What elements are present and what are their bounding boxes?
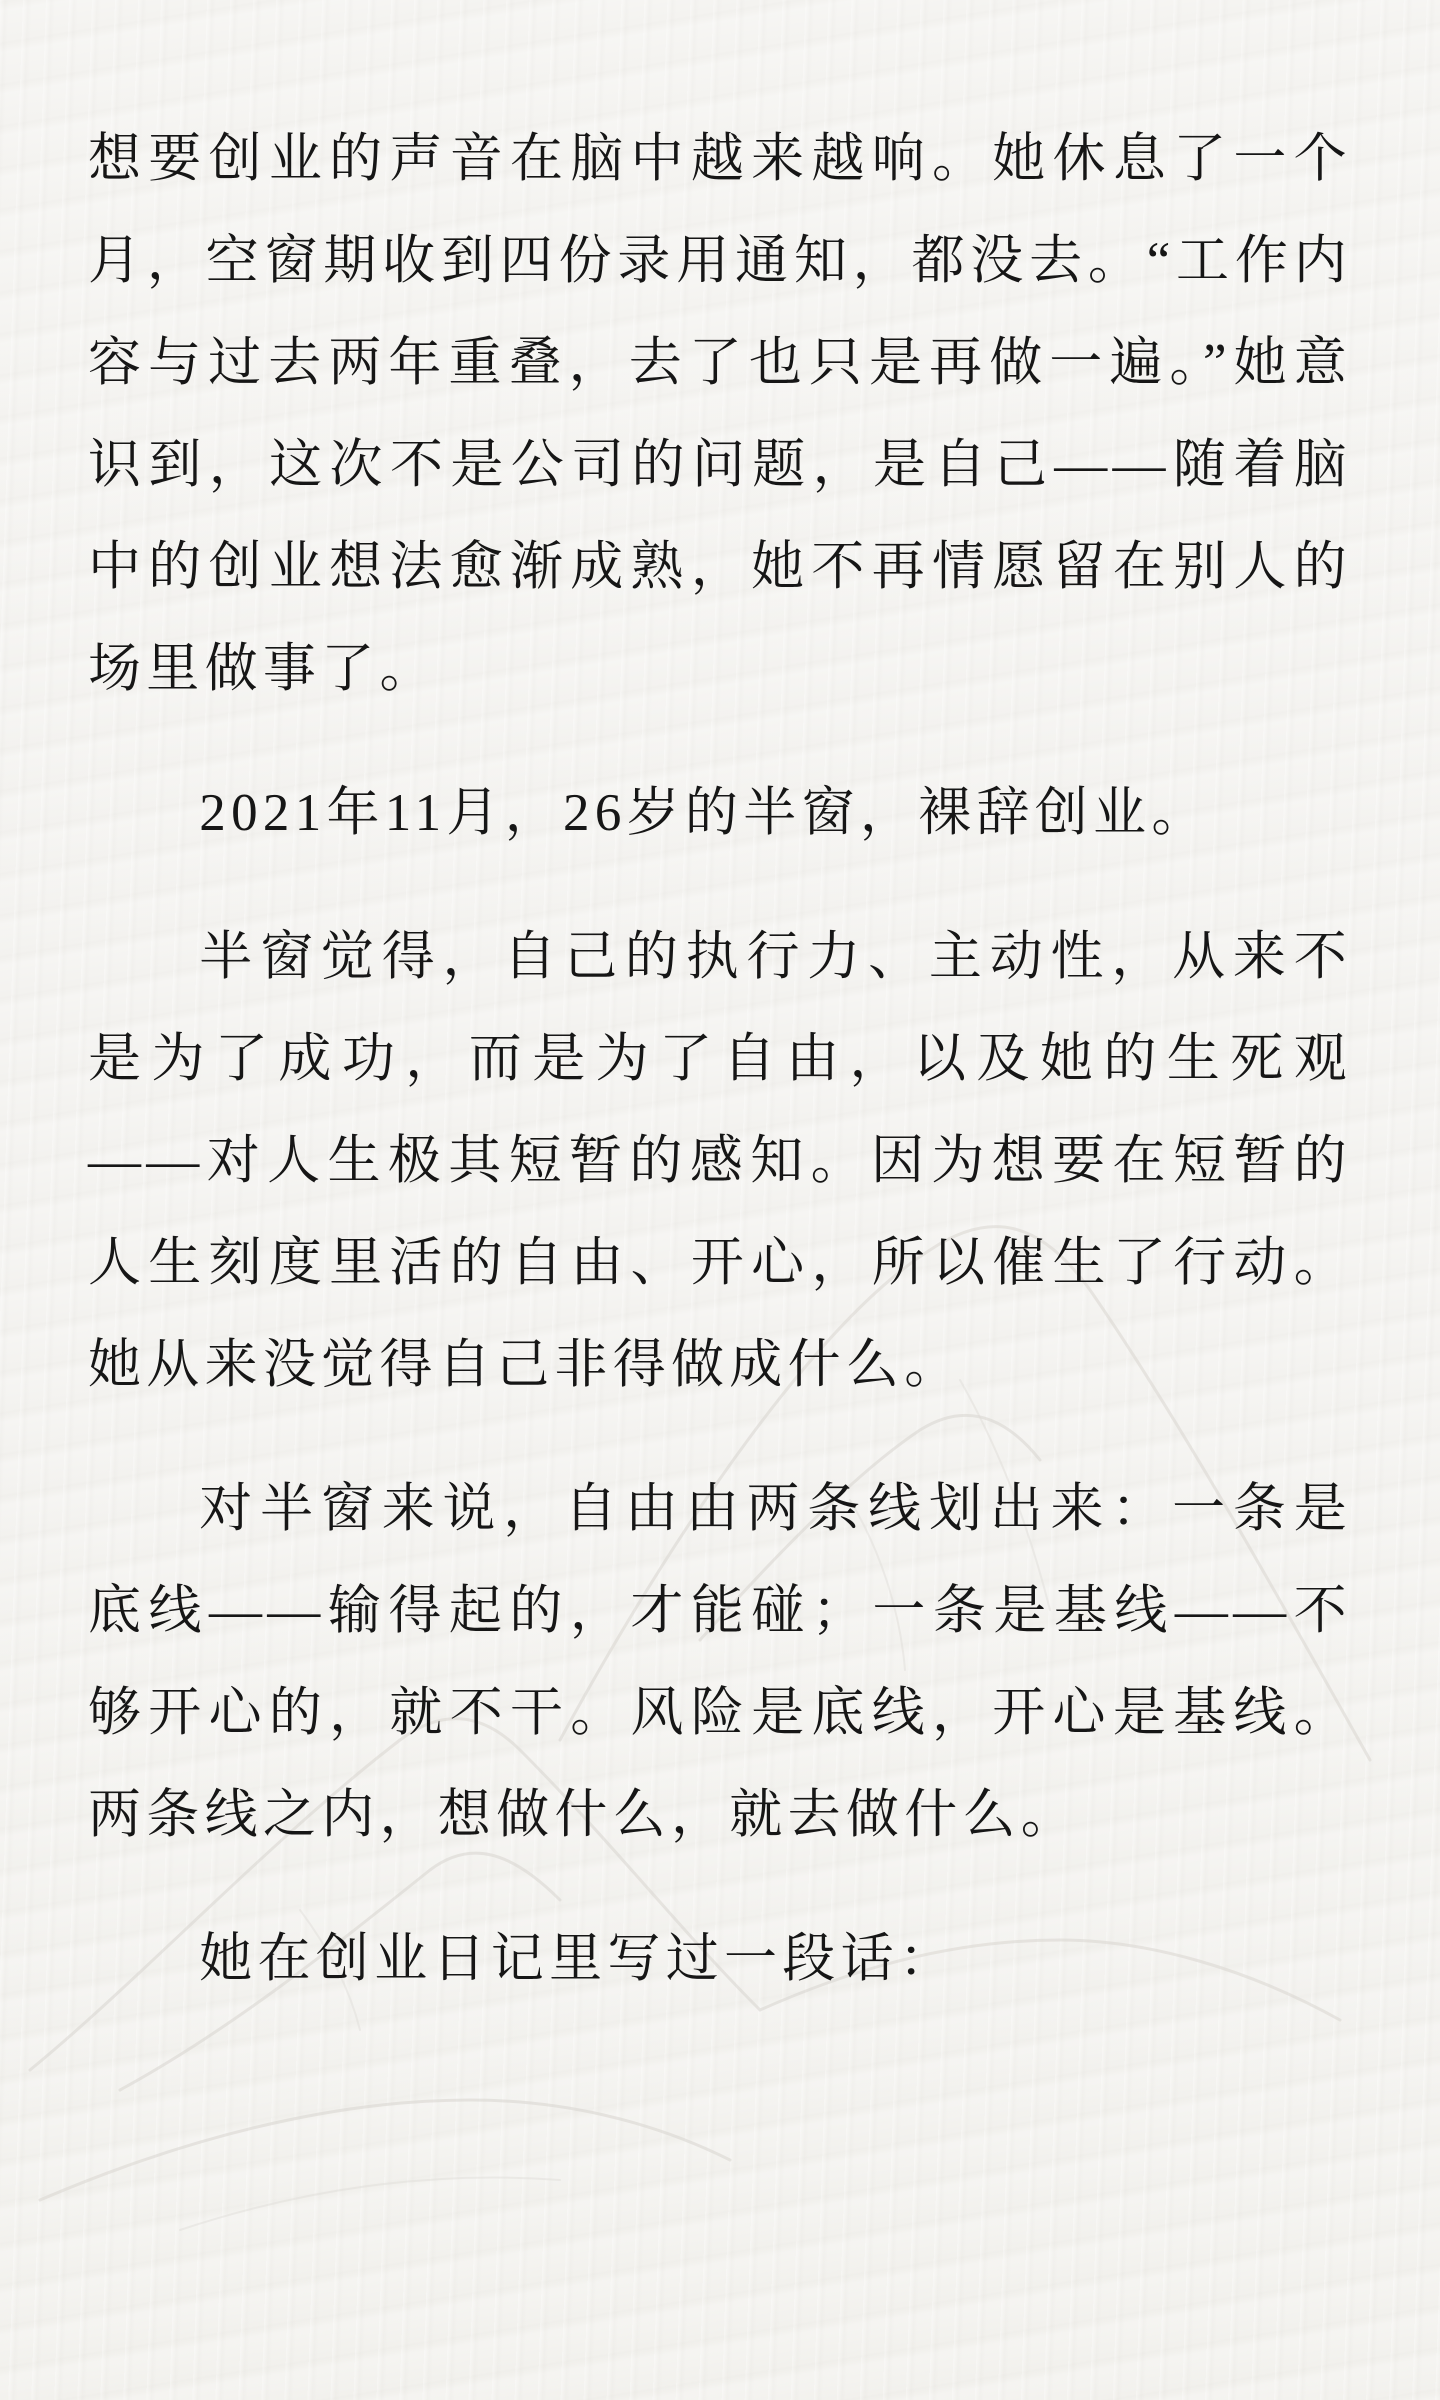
paragraph-3: 半窗觉得，自己的执行力、主动性，从来不是为了成功，而是为了自由，以及她的生死观—…: [88, 906, 1352, 1416]
article-content: 想要创业的声音在脑中越来越响。她休息了一个月，空窗期收到四份录用通知，都没去。“…: [0, 0, 1440, 2052]
paragraph-5: 她在创业日记里写过一段话：: [88, 1908, 1352, 2010]
paragraph-4: 对半窗来说，自由由两条线划出来：一条是底线——输得起的，才能碰；一条是基线——不…: [88, 1458, 1352, 1866]
paragraph-2: 2021年11月，26岁的半窗，裸辞创业。: [88, 762, 1352, 864]
reader-page: 想要创业的声音在脑中越来越响。她休息了一个月，空窗期收到四份录用通知，都没去。“…: [0, 0, 1440, 2400]
paragraph-1: 想要创业的声音在脑中越来越响。她休息了一个月，空窗期收到四份录用通知，都没去。“…: [88, 108, 1352, 720]
